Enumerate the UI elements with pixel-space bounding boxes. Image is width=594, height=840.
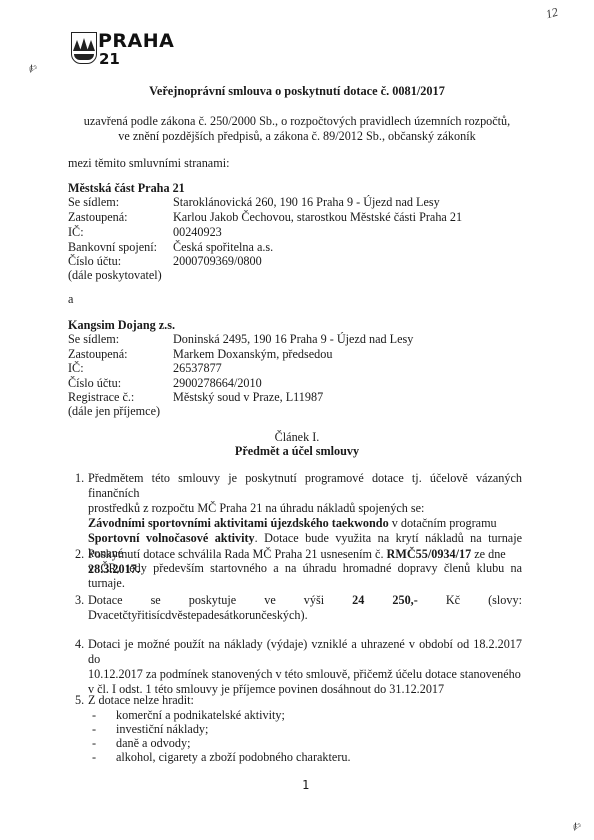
document-title: Veřejnoprávní smlouva o poskytnutí dotac…: [0, 84, 594, 99]
word: Dotace: [88, 593, 123, 608]
bullet-dash: -: [92, 722, 96, 737]
subtitle-line-2: ve znění pozdějších předpisů, a zákona č…: [0, 129, 594, 144]
and-conjunction: a: [68, 292, 73, 307]
word: poskytuje: [189, 593, 236, 608]
bullet-dash: -: [92, 708, 96, 723]
logo-number: 21: [99, 50, 120, 68]
word: 250,-: [392, 593, 417, 608]
list-item: alkohol, cigarety a zboží podobného char…: [116, 750, 351, 765]
item-5-text: Z dotace nelze hradit:: [88, 693, 194, 708]
list-item: daně a odvody;: [116, 736, 190, 751]
provider-note: (dále poskytovatel): [68, 268, 162, 283]
item-4-text: Dotaci je možné použít na náklady (výdaj…: [88, 637, 522, 697]
recipient-note: (dále jen příjemce): [68, 404, 160, 419]
article-heading: Článek I.: [0, 430, 594, 445]
item-number: 4.: [75, 637, 84, 652]
list-item: komerční a podnikatelské aktivity;: [116, 708, 285, 723]
item-number: 2.: [75, 547, 84, 562]
bullet-dash: -: [92, 736, 96, 751]
between-parties: mezi těmito smluvními stranami:: [68, 156, 229, 171]
page-number: 1: [302, 778, 309, 792]
recipient-name: Kangsim Dojang z.s.: [68, 318, 175, 333]
word: se: [151, 593, 161, 608]
word: (slovy:: [488, 593, 522, 608]
item-3-text: Dotaceseposkytujevevýši24250,-Kč(slovy: …: [88, 593, 522, 623]
article-subheading: Předmět a účel smlouvy: [0, 444, 594, 459]
item-2-text: Poskytnutí dotace schválila Rada MČ Prah…: [88, 547, 522, 577]
crest-icon: [71, 32, 97, 64]
provider-name: Městská část Praha 21: [68, 181, 185, 196]
list-item: investiční náklady;: [116, 722, 208, 737]
item-number: 1.: [75, 471, 84, 486]
word: 24: [352, 593, 364, 608]
word: Kč: [446, 593, 460, 608]
word: ve: [264, 593, 276, 608]
initials-signature-icon: ✍: [569, 819, 584, 835]
subtitle-line-1: uzavřená podle zákona č. 250/2000 Sb., o…: [0, 114, 594, 129]
page-annotation: 12: [544, 5, 559, 23]
logo-title: PRAHA: [98, 30, 174, 52]
bullet-dash: -: [92, 750, 96, 765]
item-number: 5.: [75, 693, 84, 708]
initials-signature-icon: ✍: [25, 61, 40, 77]
word: výši: [304, 593, 324, 608]
item-number: 3.: [75, 593, 84, 608]
praha-21-logo: PRAHA 21: [71, 30, 171, 70]
